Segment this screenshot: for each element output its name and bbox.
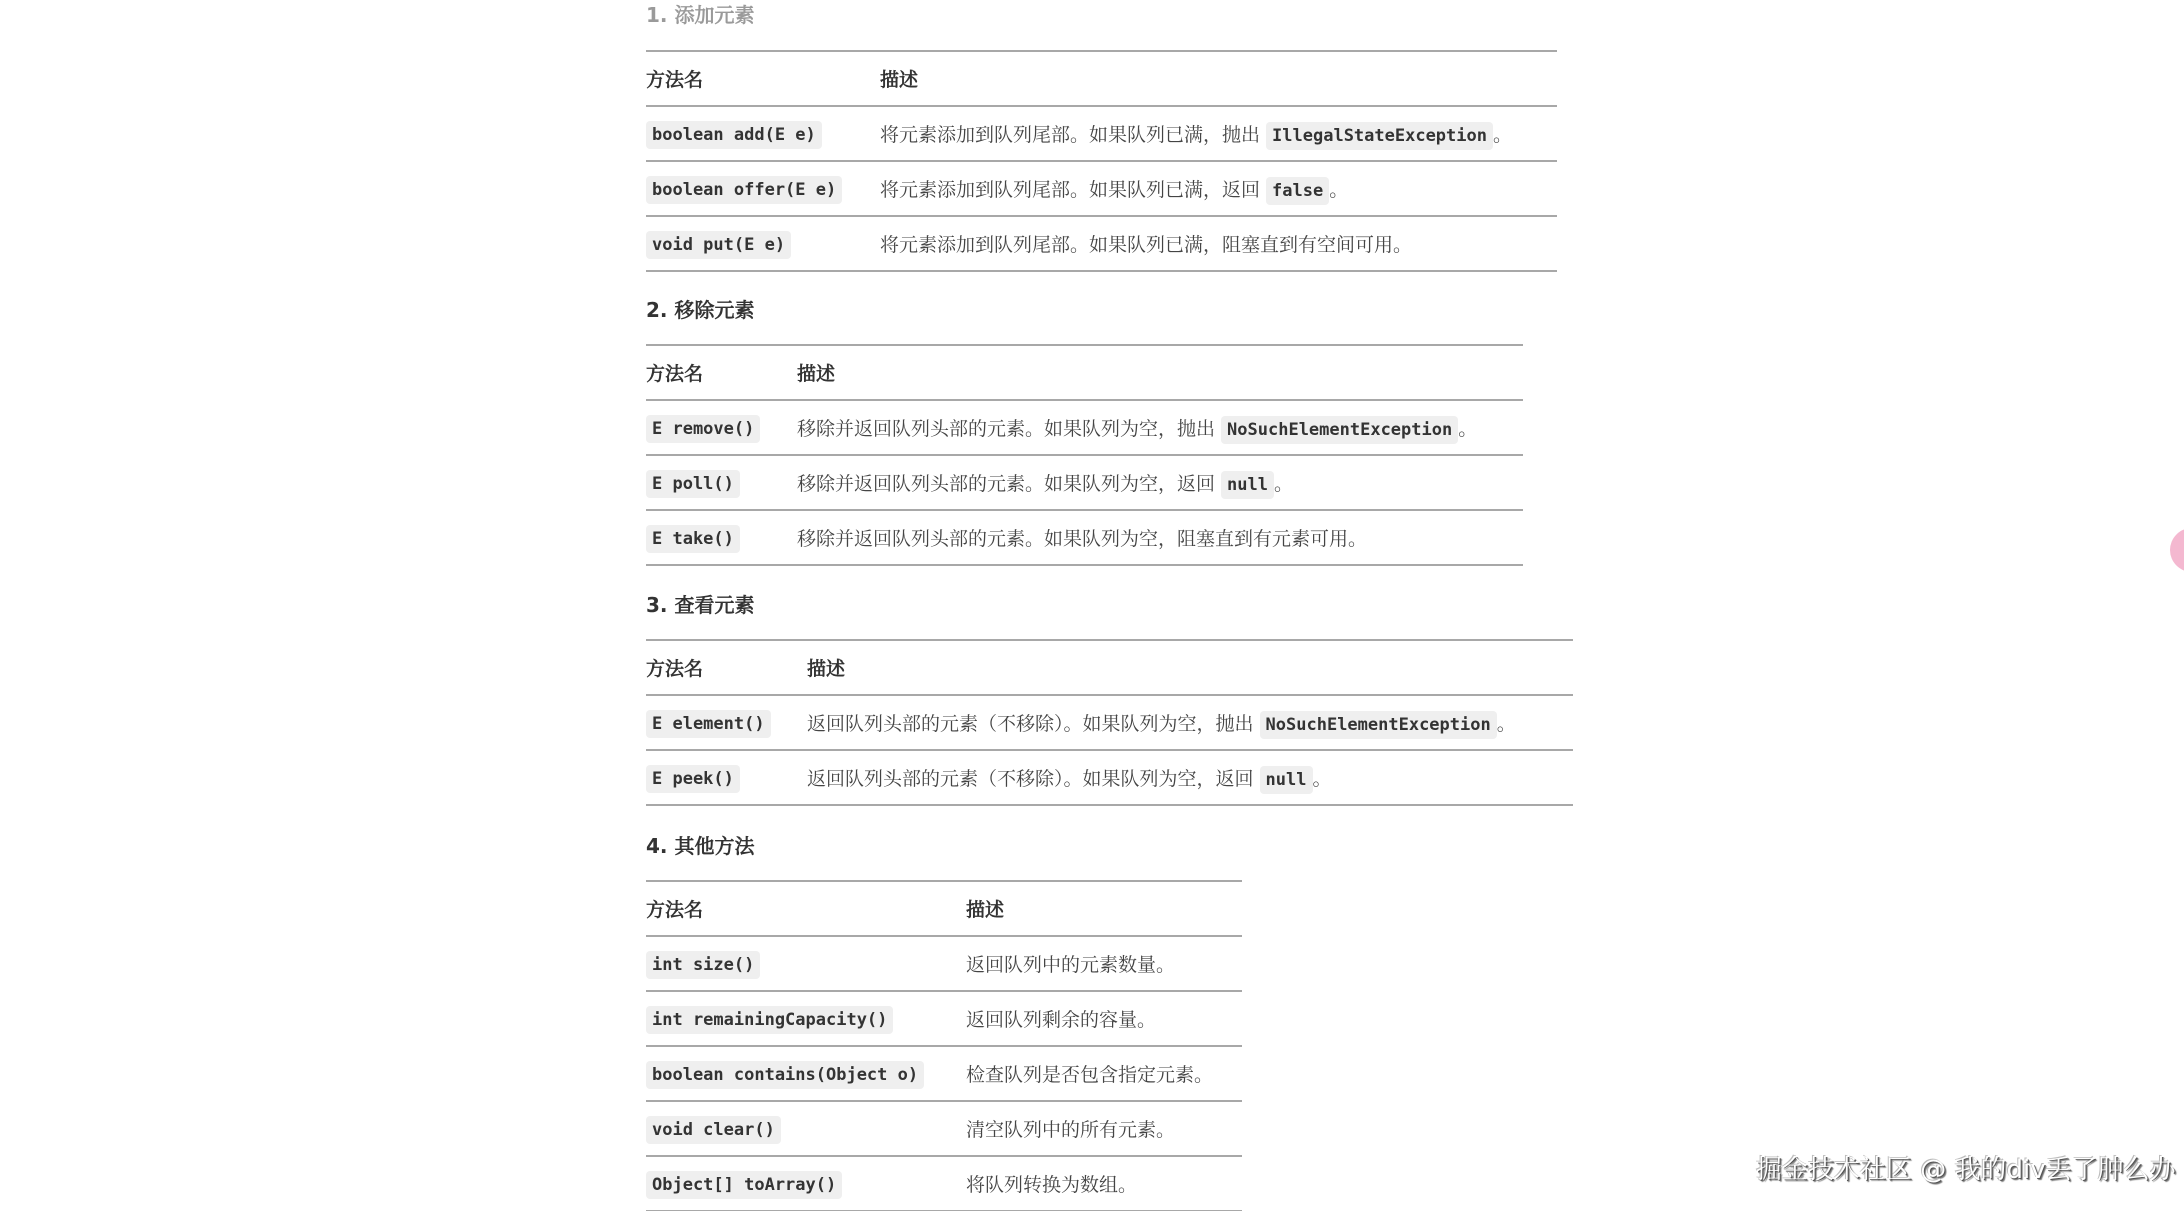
table-row: boolean add(E e) 将元素添加到队列尾部。如果队列已满，抛出 Il… [646, 106, 1557, 161]
method-signature: void clear() [646, 1116, 781, 1144]
method-description: 清空队列中的所有元素。 [966, 1101, 1242, 1156]
table-header-row: 方法名 描述 [646, 881, 1242, 936]
methods-table-remove: 方法名 描述 E remove() 移除并返回队列头部的元素。如果队列为空，抛出… [646, 344, 1523, 566]
methods-table-peek: 方法名 描述 E element() 返回队列头部的元素（不移除）。如果队列为空… [646, 639, 1573, 806]
section-heading-other: 4. 其他方法 [646, 832, 754, 860]
column-header-description: 描述 [807, 640, 1573, 695]
column-header-method: 方法名 [646, 881, 966, 936]
inline-code: NoSuchElementException [1221, 416, 1458, 444]
method-signature: E poll() [646, 470, 740, 498]
method-signature: Object[] toArray() [646, 1171, 842, 1199]
column-header-method: 方法名 [646, 51, 880, 106]
method-description: 将队列转换为数组。 [966, 1156, 1242, 1211]
method-signature: int remainingCapacity() [646, 1006, 893, 1034]
table-row: boolean contains(Object o) 检查队列是否包含指定元素。 [646, 1046, 1242, 1101]
table-row: int remainingCapacity() 返回队列剩余的容量。 [646, 991, 1242, 1046]
table-header-row: 方法名 描述 [646, 640, 1573, 695]
section-heading-remove: 2. 移除元素 [646, 296, 754, 324]
method-description: 返回队列头部的元素（不移除）。如果队列为空，抛出 NoSuchElementEx… [807, 695, 1573, 750]
floating-assistant-button[interactable] [2170, 528, 2184, 572]
method-signature: E take() [646, 525, 740, 553]
method-signature: E element() [646, 710, 771, 738]
column-header-method: 方法名 [646, 345, 797, 400]
method-description: 返回队列剩余的容量。 [966, 991, 1242, 1046]
inline-code: null [1260, 766, 1313, 794]
method-signature: int size() [646, 951, 760, 979]
method-description: 返回队列中的元素数量。 [966, 936, 1242, 991]
watermark: 掘金技术社区 @ 我的div丢了肿么办 [1756, 1149, 2176, 1186]
inline-code: IllegalStateException [1266, 122, 1493, 150]
table-row: Object[] toArray() 将队列转换为数组。 [646, 1156, 1242, 1211]
column-header-description: 描述 [797, 345, 1523, 400]
method-description: 返回队列头部的元素（不移除）。如果队列为空，返回 null。 [807, 750, 1573, 805]
method-description: 将元素添加到队列尾部。如果队列已满，阻塞直到有空间可用。 [880, 216, 1557, 271]
table-row: int size() 返回队列中的元素数量。 [646, 936, 1242, 991]
table-row: void put(E e) 将元素添加到队列尾部。如果队列已满，阻塞直到有空间可… [646, 216, 1557, 271]
methods-table-other: 方法名 描述 int size() 返回队列中的元素数量。 int remain… [646, 880, 1242, 1211]
method-description: 将元素添加到队列尾部。如果队列已满，返回 false。 [880, 161, 1557, 216]
method-signature: E remove() [646, 415, 760, 443]
table-row: E element() 返回队列头部的元素（不移除）。如果队列为空，抛出 NoS… [646, 695, 1573, 750]
method-signature: boolean contains(Object o) [646, 1061, 924, 1089]
table-row: E poll() 移除并返回队列头部的元素。如果队列为空，返回 null。 [646, 455, 1523, 510]
section-heading-peek: 3. 查看元素 [646, 591, 754, 619]
column-header-description: 描述 [966, 881, 1242, 936]
column-header-description: 描述 [880, 51, 1557, 106]
method-signature: E peek() [646, 765, 740, 793]
table-row: E take() 移除并返回队列头部的元素。如果队列为空，阻塞直到有元素可用。 [646, 510, 1523, 565]
section-heading-add: 1. 添加元素 [646, 1, 754, 29]
methods-table-add: 方法名 描述 boolean add(E e) 将元素添加到队列尾部。如果队列已… [646, 50, 1557, 272]
method-description: 检查队列是否包含指定元素。 [966, 1046, 1242, 1101]
table-row: void clear() 清空队列中的所有元素。 [646, 1101, 1242, 1156]
method-description: 移除并返回队列头部的元素。如果队列为空，阻塞直到有元素可用。 [797, 510, 1523, 565]
table-header-row: 方法名 描述 [646, 51, 1557, 106]
method-signature: boolean offer(E e) [646, 176, 842, 204]
inline-code: false [1266, 177, 1329, 205]
column-header-method: 方法名 [646, 640, 807, 695]
table-row: E remove() 移除并返回队列头部的元素。如果队列为空，抛出 NoSuch… [646, 400, 1523, 455]
method-description: 移除并返回队列头部的元素。如果队列为空，抛出 NoSuchElementExce… [797, 400, 1523, 455]
method-signature: boolean add(E e) [646, 121, 822, 149]
table-row: E peek() 返回队列头部的元素（不移除）。如果队列为空，返回 null。 [646, 750, 1573, 805]
table-header-row: 方法名 描述 [646, 345, 1523, 400]
method-signature: void put(E e) [646, 231, 791, 259]
method-description: 移除并返回队列头部的元素。如果队列为空，返回 null。 [797, 455, 1523, 510]
inline-code: null [1221, 471, 1274, 499]
inline-code: NoSuchElementException [1260, 711, 1497, 739]
method-description: 将元素添加到队列尾部。如果队列已满，抛出 IllegalStateExcepti… [880, 106, 1557, 161]
table-row: boolean offer(E e) 将元素添加到队列尾部。如果队列已满，返回 … [646, 161, 1557, 216]
